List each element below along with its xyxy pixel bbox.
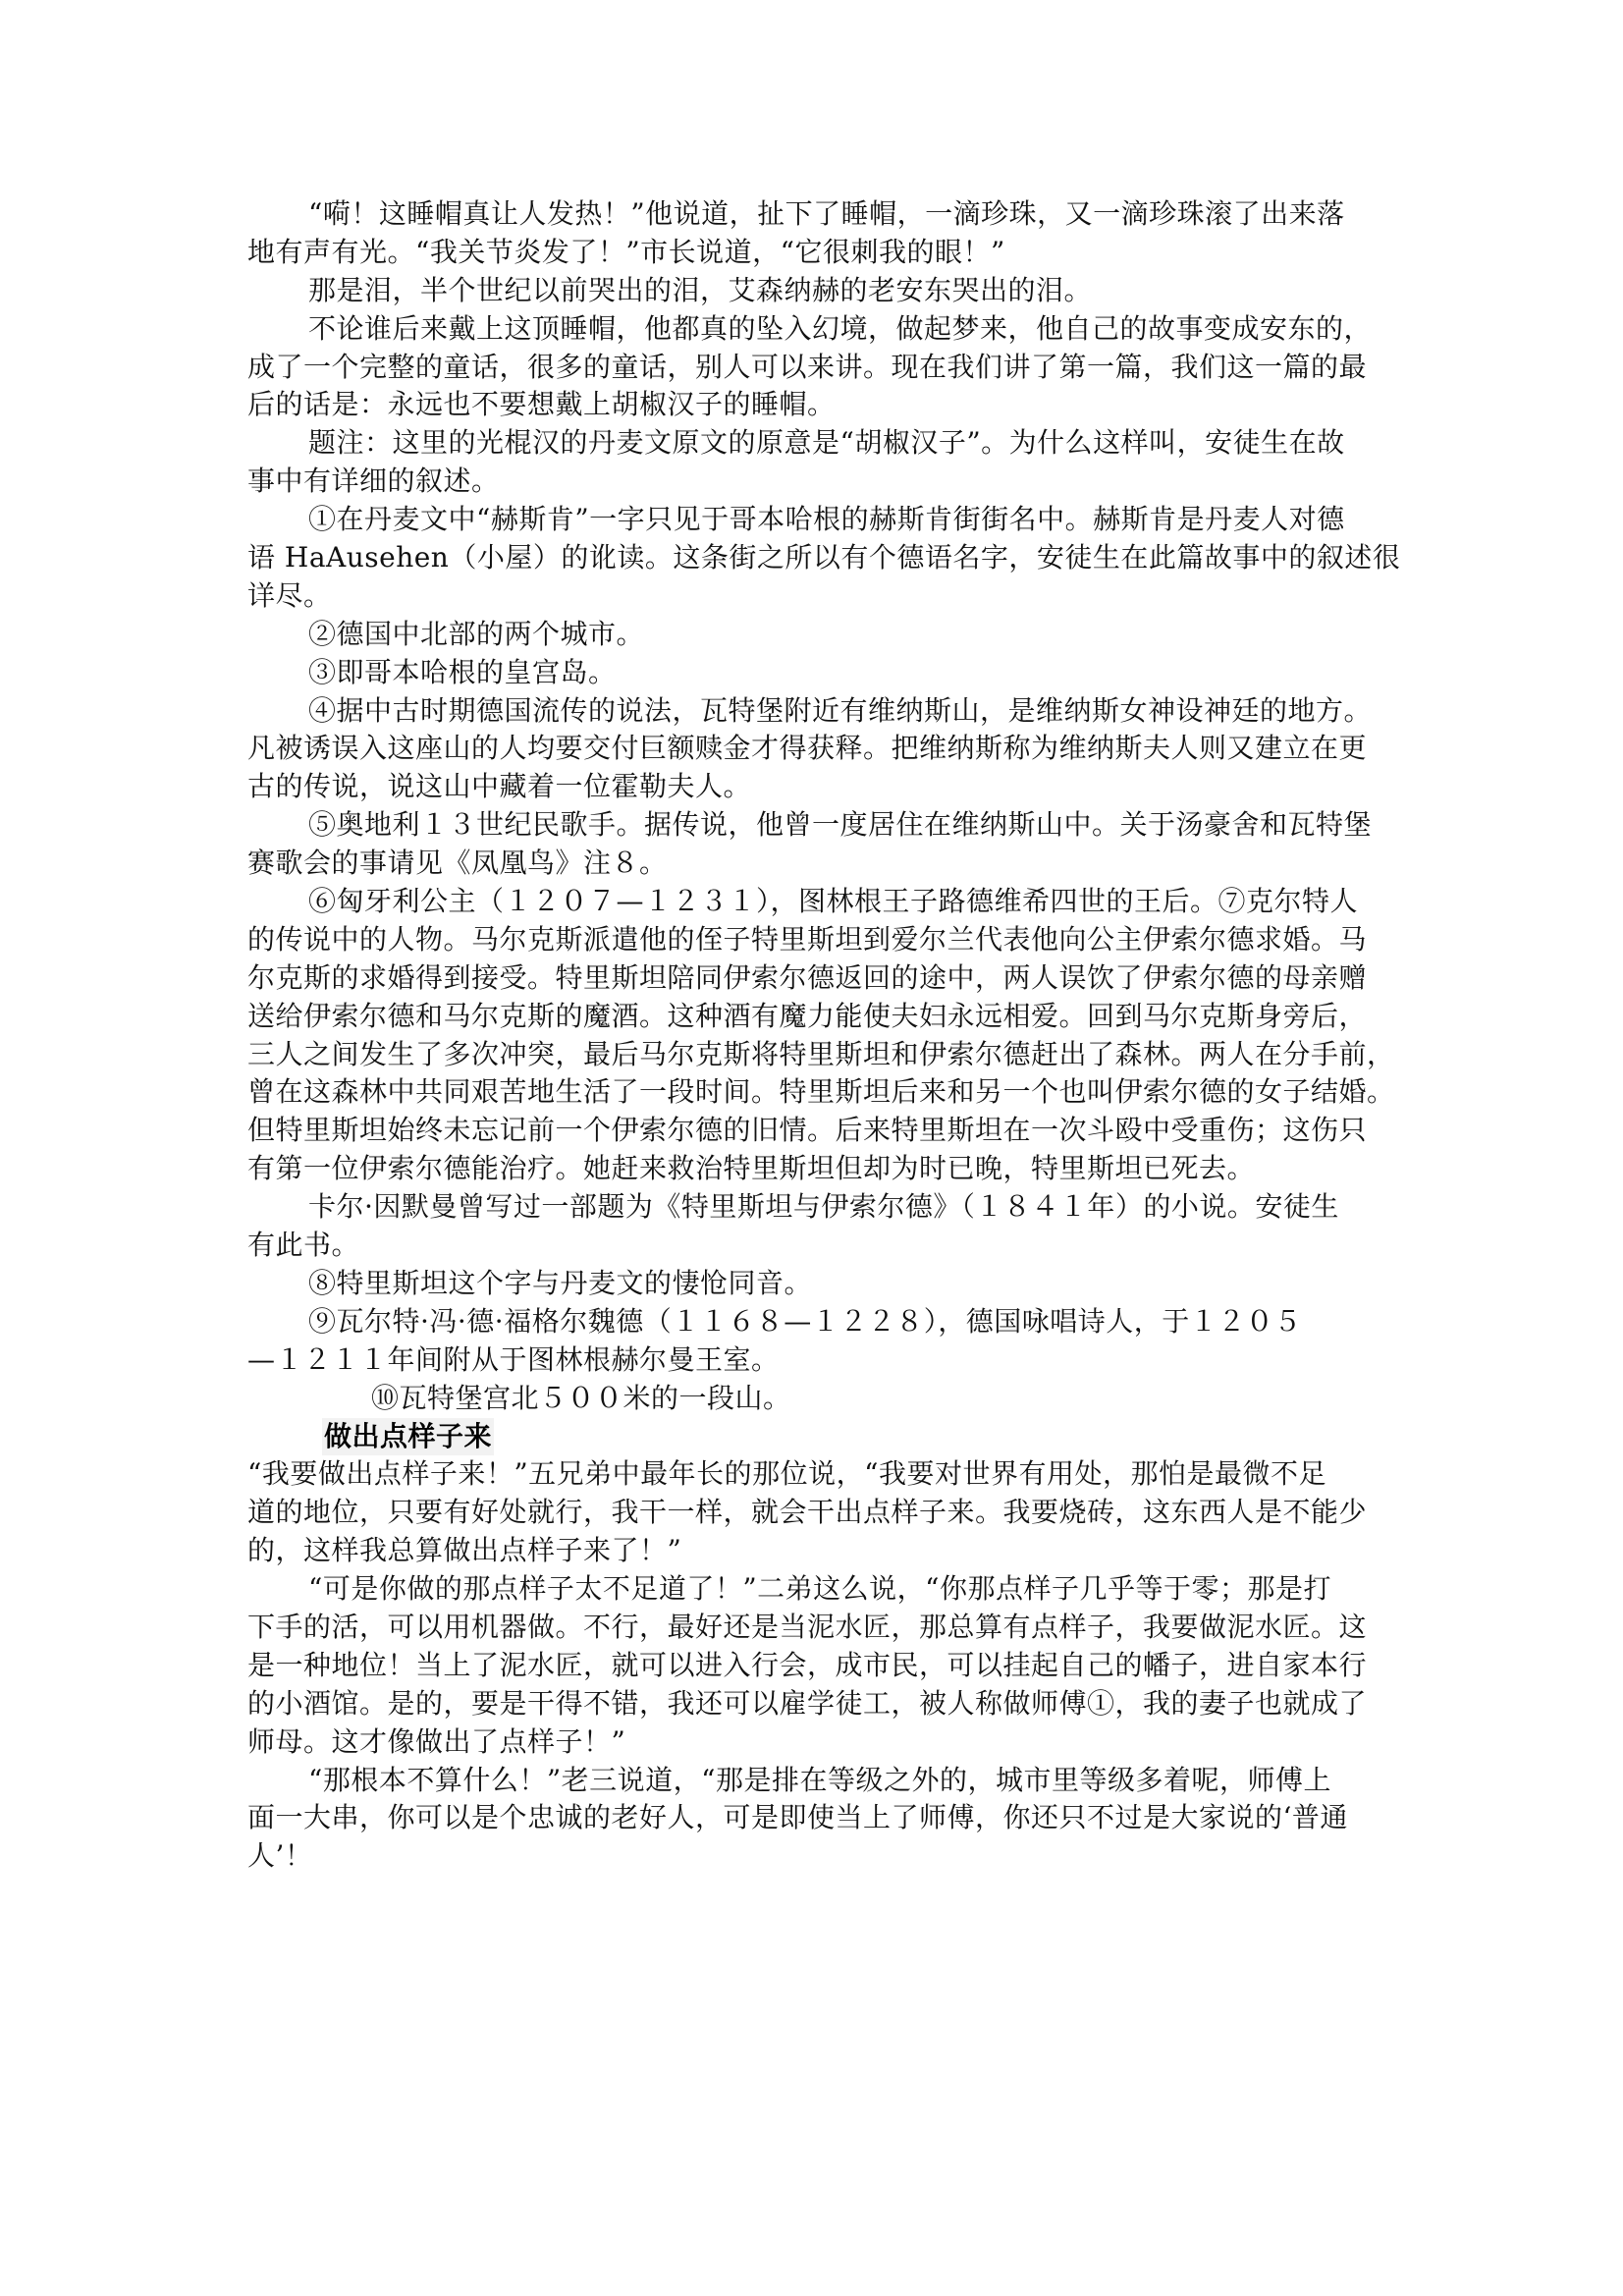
story-line: 是一种地位！当上了泥水匠，就可以进入行会，成市民，可以挂起自己的幡子，进自家本行 xyxy=(247,1647,1377,1685)
story-line: 面一大串，你可以是个忠诚的老好人，可是即使当上了师傅，你还只不过是大家说的‘普通 xyxy=(247,1799,1377,1837)
footnote-5-line: 赛歌会的事请见《凤凰鸟》注８。 xyxy=(247,845,1377,883)
footnote-4-line: 凡被诱误入这座山的人均要交付巨额赎金才得获释。把维纳斯称为维纳斯夫人则又建立在更 xyxy=(247,730,1377,768)
footnote-8-line: ⑧特里斯坦这个字与丹麦文的悽怆同音。 xyxy=(247,1265,1377,1303)
paragraph-line: “嗬！这睡帽真让人发热！”他说道，扯下了睡帽，一滴珍珠，又一滴珍珠滚了出来落 xyxy=(247,195,1377,234)
title-note-line: 题注：这里的光棍汉的丹麦文原文的原意是“胡椒汉子”。为什么这样叫，安徒生在故 xyxy=(247,424,1377,463)
footnote-6-7-line: ⑥匈牙利公主（１２０７—１２３１），图林根王子路德维希四世的王后。⑦克尔特人 xyxy=(247,883,1377,921)
footnote-6-7-line: 尔克斯的求婚得到接受。特里斯坦陪同伊索尔德返回的途中，两人误饮了伊索尔德的母亲赠 xyxy=(247,959,1377,998)
footnote-4-line: 古的传说，说这山中藏着一位霍勒夫人。 xyxy=(247,768,1377,806)
footnote-1-line: ①在丹麦文中“赫斯肯”一字只见于哥本哈根的赫斯肯街街名中。赫斯肯是丹麦人对德 xyxy=(247,501,1377,539)
footnote-9-line: ⑨瓦尔特·冯·德·福格尔魏德（１１６８—１２２８），德国咏唱诗人，于１２０５ xyxy=(247,1303,1377,1341)
story-line: 师母。这才像做出了点样子！” xyxy=(247,1723,1377,1762)
footnote-2-line: ②德国中北部的两个城市。 xyxy=(247,616,1377,654)
footnote-6-7-line: 送给伊索尔德和马尔克斯的魔酒。这种酒有魔力能使夫妇永远相爱。回到马尔克斯身旁后， xyxy=(247,998,1377,1036)
footnote-1-line: 语 HaAusehen（小屋）的讹读。这条街之所以有个德语名字，安徒生在此篇故事… xyxy=(247,539,1377,577)
section-heading-row: 做出点样子来 xyxy=(247,1418,1377,1456)
footnote-note-line: 有此书。 xyxy=(247,1227,1377,1265)
paragraph-line: 成了一个完整的童话，很多的童话，别人可以来讲。现在我们讲了第一篇，我们这一篇的最 xyxy=(247,349,1377,387)
footnote-6-7-line: 但特里斯坦始终未忘记前一个伊索尔德的旧情。后来特里斯坦在一次斗殴中受重伤；这伤只 xyxy=(247,1112,1377,1150)
paragraph-line: 那是泪，半个世纪以前哭出的泪，艾森纳赫的老安东哭出的泪。 xyxy=(247,272,1377,310)
story-line: “那根本不算什么！”老三说道，“那是排在等级之外的，城市里等级多着呢，师傅上 xyxy=(247,1762,1377,1800)
footnote-1-line: 详尽。 xyxy=(247,577,1377,616)
section-heading: 做出点样子来 xyxy=(322,1418,494,1455)
footnote-4-line: ④据中古时期德国流传的说法，瓦特堡附近有维纳斯山，是维纳斯女神设神廷的地方。 xyxy=(247,692,1377,731)
footnote-10-line: ⑩瓦特堡宫北５００米的一段山。 xyxy=(247,1380,1377,1418)
story-line: 道的地位，只要有好处就行，我干一样，就会干出点样子来。我要烧砖，这东西人是不能少 xyxy=(247,1494,1377,1532)
paragraph-line: 后的话是：永远也不要想戴上胡椒汉子的睡帽。 xyxy=(247,386,1377,424)
footnote-6-7-line: 的传说中的人物。马尔克斯派遣他的侄子特里斯坦到爱尔兰代表他向公主伊索尔德求婚。马 xyxy=(247,921,1377,959)
document-page: “嗬！这睡帽真让人发热！”他说道，扯下了睡帽，一滴珍珠，又一滴珍珠滚了出来落 地… xyxy=(0,0,1623,2296)
story-line: “可是你做的那点样子太不足道了！”二弟这么说，“你那点样子几乎等于零；那是打 xyxy=(247,1570,1377,1609)
footnote-5-line: ⑤奥地利１３世纪民歌手。据传说，他曾一度居住在维纳斯山中。关于汤豪舍和瓦特堡 xyxy=(247,806,1377,845)
story-line: “我要做出点样子来！”五兄弟中最年长的那位说，“我要对世界有用处，那怕是最微不足 xyxy=(247,1455,1377,1494)
paragraph-line: 不论谁后来戴上这顶睡帽，他都真的坠入幻境，做起梦来，他自己的故事变成安东的， xyxy=(247,310,1377,349)
paragraph-line: 地有声有光。“我关节炎发了！”市长说道，“它很刺我的眼！” xyxy=(247,234,1377,272)
footnote-3-line: ③即哥本哈根的皇宫岛。 xyxy=(247,654,1377,692)
footnote-6-7-line: 有第一位伊索尔德能治疗。她赶来救治特里斯坦但却为时已晚，特里斯坦已死去。 xyxy=(247,1150,1377,1188)
story-line: 的，这样我总算做出点样子来了！” xyxy=(247,1532,1377,1570)
footnote-note-line: 卡尔·因默曼曾写过一部题为《特里斯坦与伊索尔德》（１８４１年）的小说。安徒生 xyxy=(247,1188,1377,1227)
footnote-6-7-line: 曾在这森林中共同艰苦地生活了一段时间。特里斯坦后来和另一个也叫伊索尔德的女子结婚… xyxy=(247,1073,1377,1112)
footnote-9-line: —１２１１年间附从于图林根赫尔曼王室。 xyxy=(247,1341,1377,1380)
story-line: 下手的活，可以用机器做。不行，最好还是当泥水匠，那总算有点样子，我要做泥水匠。这 xyxy=(247,1609,1377,1647)
text-column: “嗬！这睡帽真让人发热！”他说道，扯下了睡帽，一滴珍珠，又一滴珍珠滚了出来落 地… xyxy=(247,195,1377,1876)
story-line: 人’！ xyxy=(247,1837,1377,1876)
title-note-line: 事中有详细的叙述。 xyxy=(247,463,1377,501)
footnote-6-7-line: 三人之间发生了多次冲突，最后马尔克斯将特里斯坦和伊索尔德赶出了森林。两人在分手前… xyxy=(247,1036,1377,1074)
story-line: 的小酒馆。是的，要是干得不错，我还可以雇学徒工，被人称做师傅①，我的妻子也就成了 xyxy=(247,1685,1377,1723)
